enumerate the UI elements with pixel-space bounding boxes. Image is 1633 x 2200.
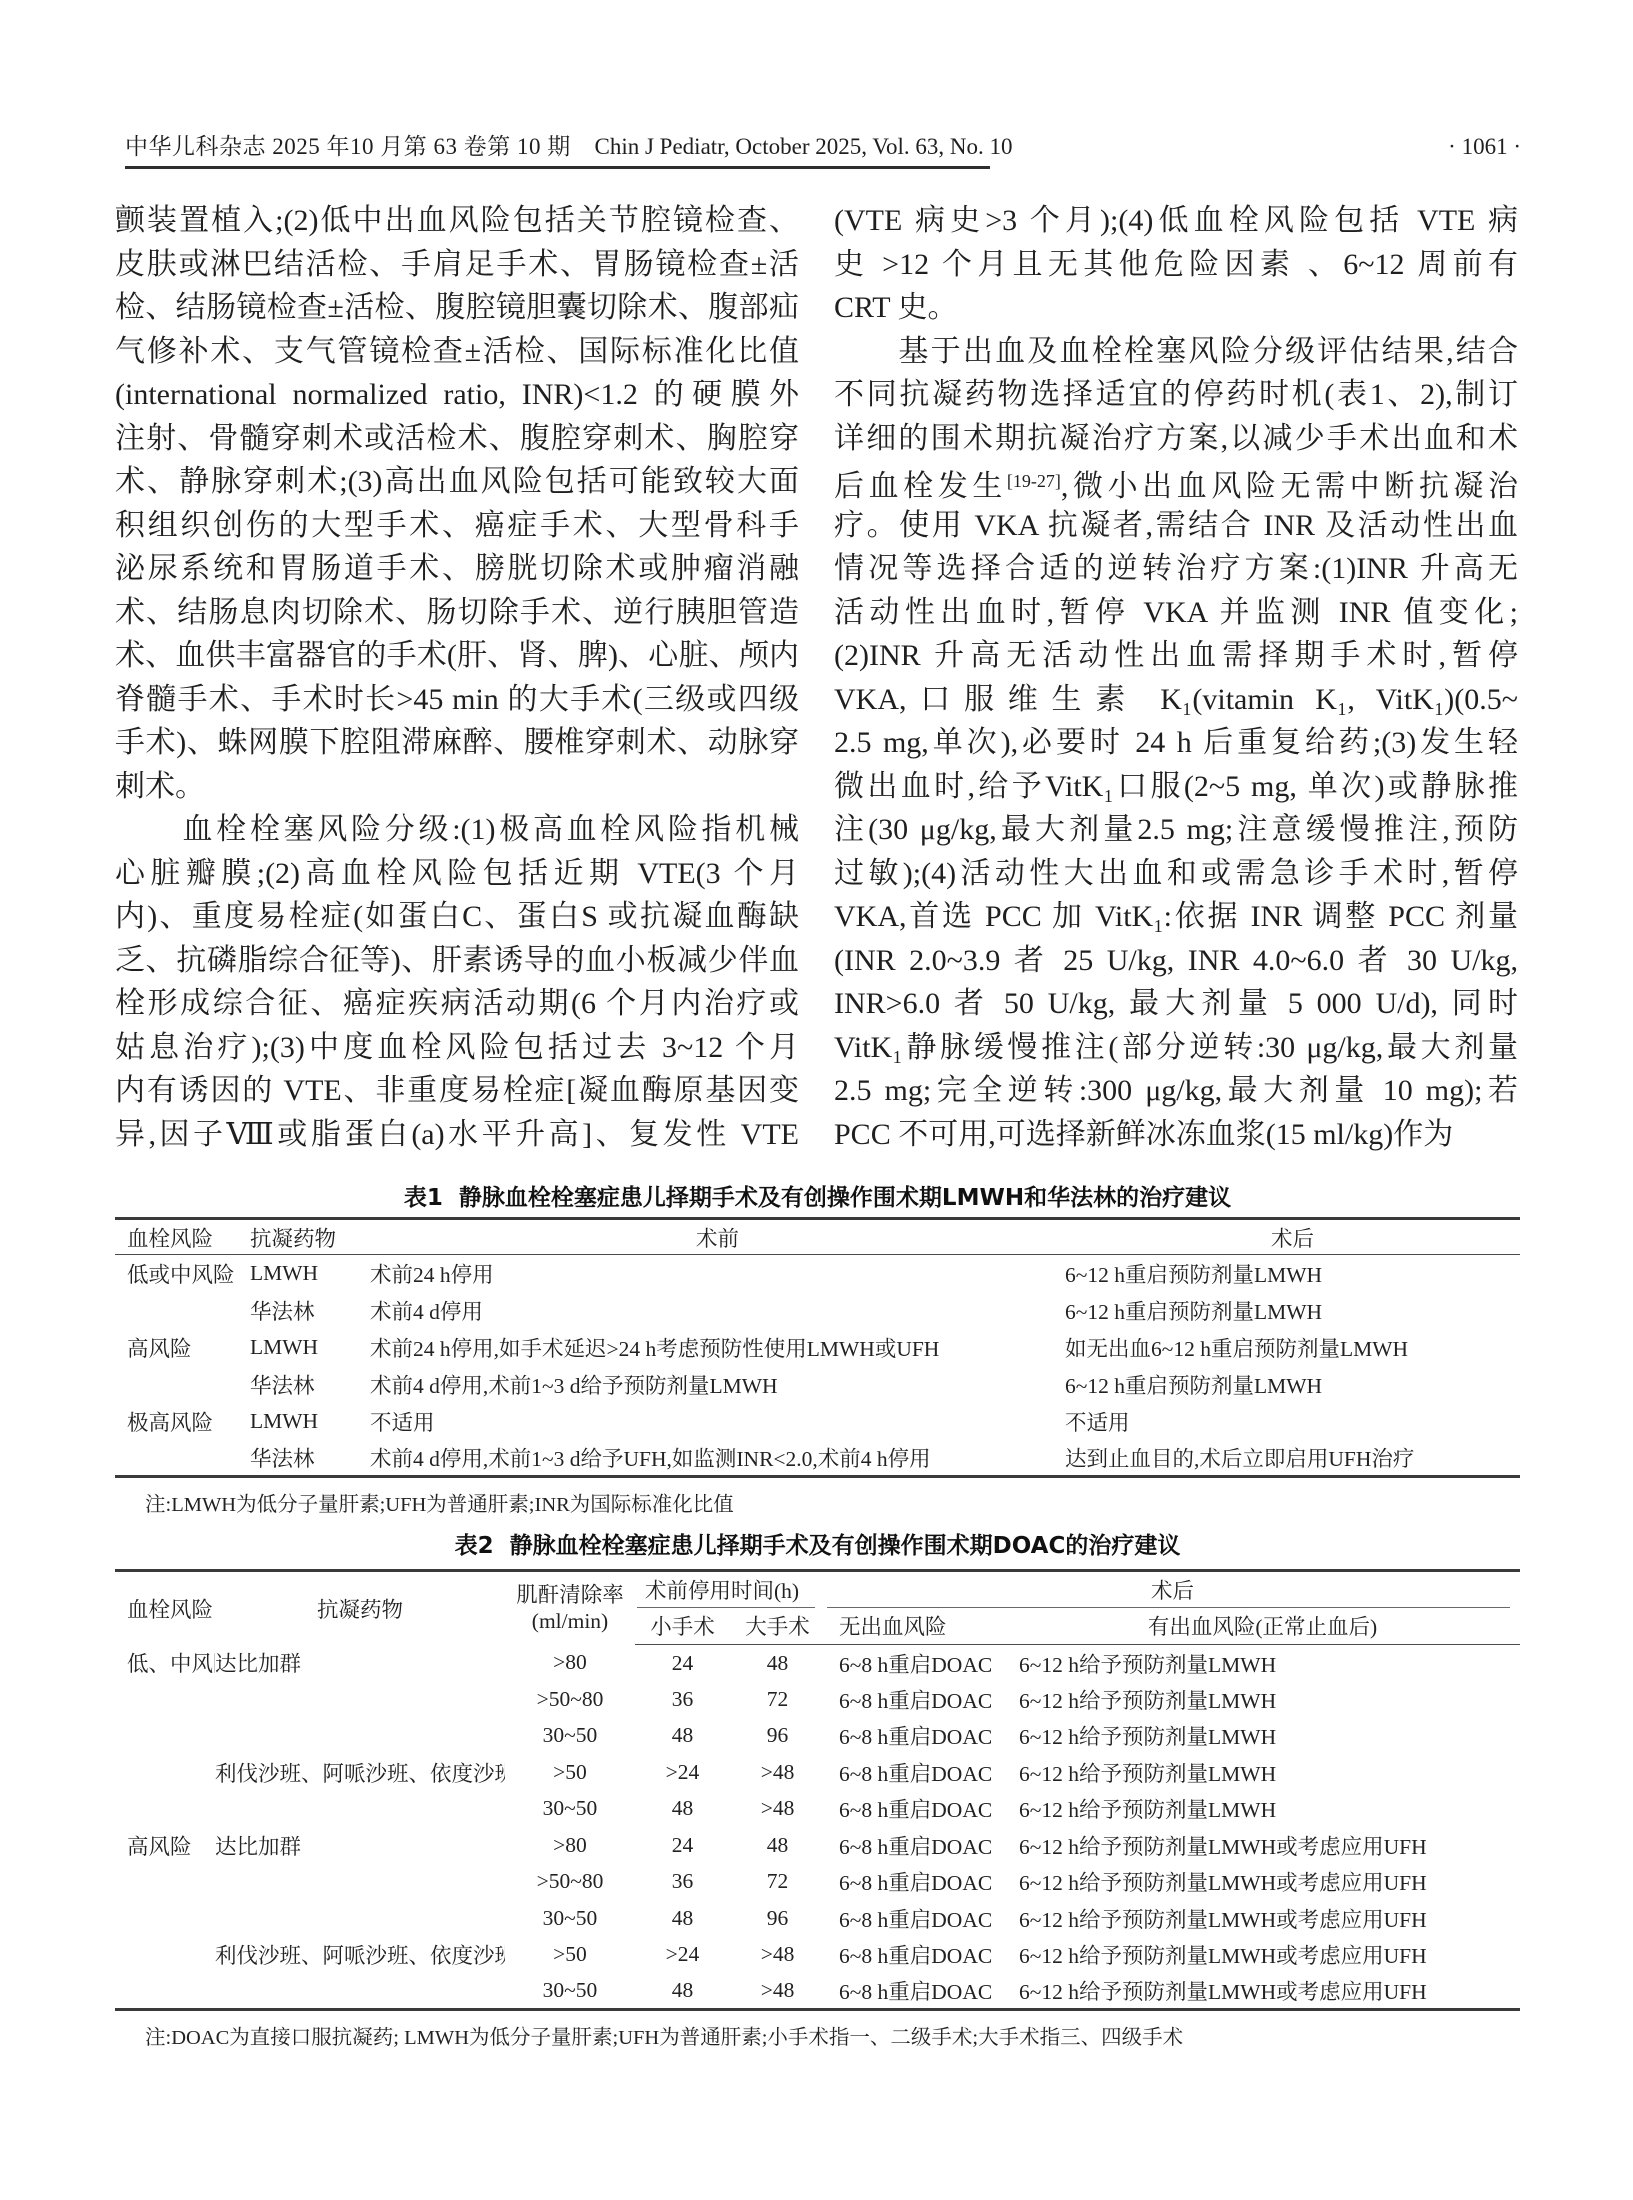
text-line: 手术)、蛛网膜下腔阻滞麻醉、腰椎穿刺术、动脉穿 (115, 721, 799, 765)
text-line: 后血栓发生[19-27],微小出血风险无需中断抗凝治 (834, 460, 1518, 504)
table-cell: 6~8 h重启DOAC (825, 1645, 1005, 1682)
text-line: 微出血时,给予VitK₁口服(2~5 mg, 单次)或静脉推 (834, 765, 1518, 809)
text-line: 2.5 mg;完全逆转:300 μg/kg,最大剂量 10 mg);若 (834, 1069, 1518, 1113)
table-cell: 极高风险 (115, 1403, 250, 1440)
table-cell: 低、中风险 (115, 1645, 215, 1682)
table-cell: >48 (730, 1937, 825, 1974)
text-line: 血栓栓塞风险分级:(1)极高血栓风险指机械 (115, 808, 799, 852)
header-rule (125, 166, 990, 169)
table2-col-drug: 抗凝药物 (215, 1571, 505, 1645)
body-column-right: (VTE 病史>3 个月);(4)低血栓风险包括 VTE 病史 >12 个月且无… (834, 199, 1518, 1156)
table2: 血栓风险 抗凝药物 肌酐清除率 (ml/min) 术前停用时间(h) 术后 小手… (115, 1569, 1520, 2011)
table-cell: 6~12 h给予预防剂量LMWH或考虑应用UFH (1005, 1900, 1520, 1937)
table-cell: 达到止血目的,术后立即启用UFH治疗 (1065, 1440, 1520, 1477)
table-cell: LMWH (250, 1329, 370, 1366)
table-row: 极高风险LMWH不适用不适用 (115, 1403, 1520, 1440)
table-cell: 6~12 h给予预防剂量LMWH (1005, 1681, 1520, 1718)
text-line: 内有诱因的 VTE、非重度易栓症[凝血酶原基因变 (115, 1069, 799, 1113)
table-cell: 高风险 (115, 1827, 215, 1864)
table-cell: 6~12 h给予预防剂量LMWH (1005, 1791, 1520, 1828)
table-cell (215, 1791, 505, 1828)
text-line: 颤装置植入;(2)低中出血风险包括关节腔镜检查、 (115, 199, 799, 243)
table-cell: 6~8 h重启DOAC (825, 1754, 1005, 1791)
table-cell: LMWH (250, 1403, 370, 1440)
table-cell: >24 (635, 1937, 730, 1974)
table-cell (115, 1973, 215, 2010)
table-cell: 6~12 h给予预防剂量LMWH或考虑应用UFH (1005, 1937, 1520, 1974)
table-cell: 6~8 h重启DOAC (825, 1718, 1005, 1755)
text-line: (VTE 病史>3 个月);(4)低血栓风险包括 VTE 病 (834, 199, 1518, 243)
text-line: 史 >12 个月且无其他危险因素 、6~12 周前有 (834, 243, 1518, 287)
table-row: 高风险达比加群>8024486~8 h重启DOAC6~12 h给予预防剂量LMW… (115, 1827, 1520, 1864)
table-cell: 6~12 h给予预防剂量LMWH或考虑应用UFH (1005, 1827, 1520, 1864)
table2-col-crcl: 肌酐清除率 (ml/min) (505, 1571, 635, 1645)
table-cell: 30~50 (505, 1900, 635, 1937)
table-cell: 利伐沙班、阿哌沙班、依度沙班 (215, 1754, 505, 1791)
text-line: 皮肤或淋巴结活检、手肩足手术、胃肠镜检查±活 (115, 243, 799, 287)
text-line: CRT 史。 (834, 286, 1518, 330)
table2-block: 表2静脉血栓栓塞症患儿择期手术及有创操作围术期DOAC的治疗建议 血栓风险 抗凝… (115, 1531, 1520, 2052)
table-cell: 6~12 h给予预防剂量LMWH或考虑应用UFH (1005, 1864, 1520, 1901)
table-cell: 术前4 d停用,术前1~3 d给予UFH,如监测INR<2.0,术前4 h停用 (370, 1440, 1065, 1477)
journal-page: 中华儿科杂志 2025 年10 月第 63 卷第 10 期 Chin J Ped… (0, 0, 1633, 2200)
table-row: 利伐沙班、阿哌沙班、依度沙班>50>24>486~8 h重启DOAC6~12 h… (115, 1754, 1520, 1791)
table-cell: 6~8 h重启DOAC (825, 1973, 1005, 2010)
table-cell: 华法林 (250, 1292, 370, 1329)
text-line: 积组织创伤的大型手术、癌症手术、大型骨科手术、 (115, 504, 799, 548)
table-cell: >50 (505, 1754, 635, 1791)
table2-note: 注:DOAC为直接口服抗凝药; LMWH为低分子量肝素;UFH为普通肝素;小手术… (115, 2024, 1520, 2052)
table-cell: 36 (635, 1681, 730, 1718)
table-cell: 96 (730, 1900, 825, 1937)
table-cell (115, 1754, 215, 1791)
table-cell: 华法林 (250, 1366, 370, 1403)
table-row: 30~5048>486~8 h重启DOAC6~12 h给予预防剂量LMWH或考虑… (115, 1973, 1520, 2010)
table-cell: >50 (505, 1937, 635, 1974)
table-cell: 6~12 h重启预防剂量LMWH (1065, 1255, 1520, 1292)
table1-col-risk: 血栓风险 (115, 1219, 250, 1255)
table-cell (115, 1440, 250, 1477)
text-line: 2.5 mg,单次),必要时 24 h 后重复给药;(3)发生轻 (834, 721, 1518, 765)
table-row: 利伐沙班、阿哌沙班、依度沙班>50>24>486~8 h重启DOAC6~12 h… (115, 1937, 1520, 1974)
table-cell (115, 1292, 250, 1329)
table-cell: 72 (730, 1681, 825, 1718)
table-cell (215, 1681, 505, 1718)
table-cell: 6~8 h重启DOAC (825, 1791, 1005, 1828)
table1-caption-text: 静脉血栓栓塞症患儿择期手术及有创操作围术期LMWH和华法林的治疗建议 (459, 1185, 1231, 1211)
table-row: 华法林术前4 d停用6~12 h重启预防剂量LMWH (115, 1292, 1520, 1329)
text-line: 泌尿系统和胃肠道手术、膀胱切除术或肿瘤消融 (115, 547, 799, 591)
table-cell: 48 (635, 1718, 730, 1755)
table-cell: 术前24 h停用 (370, 1255, 1065, 1292)
table-row: 低、中风险达比加群>8024486~8 h重启DOAC6~12 h给予预防剂量L… (115, 1645, 1520, 1682)
table-cell: >48 (730, 1754, 825, 1791)
journal-title-cn: 中华儿科杂志 2025 年10 月第 63 卷第 10 期 (125, 134, 571, 159)
table-cell: 术前24 h停用,如手术延迟>24 h考虑预防性使用LMWH或UFH (370, 1329, 1065, 1366)
journal-title-en: Chin J Pediatr, October 2025, Vol. 63, N… (595, 134, 1013, 159)
table2-col-major-surgery: 大手术 (730, 1608, 825, 1645)
table-cell: 高风险 (115, 1329, 250, 1366)
table-row: 华法林术前4 d停用,术前1~3 d给予预防剂量LMWH6~12 h重启预防剂量… (115, 1366, 1520, 1403)
table-cell: 36 (635, 1864, 730, 1901)
table-cell: 48 (730, 1645, 825, 1682)
table-cell (115, 1900, 215, 1937)
table-cell: 6~12 h给予预防剂量LMWH或考虑应用UFH (1005, 1973, 1520, 2010)
table-cell: 不适用 (370, 1403, 1065, 1440)
table-cell: 低或中风险 (115, 1255, 250, 1292)
table-cell: 24 (635, 1645, 730, 1682)
text-line: (international normalized ratio, INR)<1.… (115, 373, 799, 417)
text-line: 姑息治疗);(3)中度血栓风险包括过去 3~12 个月 (115, 1026, 799, 1070)
table-row: 低或中风险LMWH术前24 h停用6~12 h重启预防剂量LMWH (115, 1255, 1520, 1292)
table2-caption-text: 静脉血栓栓塞症患儿择期手术及有创操作围术期DOAC的治疗建议 (510, 1533, 1181, 1559)
table-cell: >48 (730, 1791, 825, 1828)
table1-col-preop: 术前 (370, 1219, 1065, 1255)
table-cell: 6~8 h重启DOAC (825, 1900, 1005, 1937)
table-cell: 6~8 h重启DOAC (825, 1864, 1005, 1901)
table-cell: 达比加群 (215, 1827, 505, 1864)
table-cell: 6~12 h重启预防剂量LMWH (1065, 1292, 1520, 1329)
table-cell: 48 (635, 1900, 730, 1937)
table-row: >50~8036726~8 h重启DOAC6~12 h给予预防剂量LMWH或考虑… (115, 1864, 1520, 1901)
text-line: 栓形成综合征、癌症疾病活动期(6 个月内治疗或 (115, 982, 799, 1026)
table-cell (215, 1973, 505, 2010)
text-line: INR>6.0 者 50 U/kg, 最大剂量 5 000 U/d), 同时 (834, 982, 1518, 1026)
text-line: 注(30 μg/kg,最大剂量2.5 mg;注意缓慢推注,预防 (834, 808, 1518, 852)
text-line: 刺术。 (115, 765, 799, 809)
table-cell (215, 1900, 505, 1937)
table-cell: >50~80 (505, 1681, 635, 1718)
text-line: 注射、骨髓穿刺术或活检术、腹腔穿刺术、胸腔穿刺 (115, 417, 799, 461)
table-cell: 如无出血6~12 h重启预防剂量LMWH (1065, 1329, 1520, 1366)
table-cell: 6~8 h重启DOAC (825, 1827, 1005, 1864)
text-line: 不同抗凝药物选择适宜的停药时机(表1、2),制订 (834, 373, 1518, 417)
table-cell: 6~12 h给予预防剂量LMWH (1005, 1754, 1520, 1791)
table-cell: 6~8 h重启DOAC (825, 1681, 1005, 1718)
table-cell: 48 (730, 1827, 825, 1864)
table2-group-postop: 术后 (825, 1571, 1520, 1608)
table1-block: 表1静脉血栓栓塞症患儿择期手术及有创操作围术期LMWH和华法林的治疗建议 血栓风… (115, 1183, 1520, 1519)
page-number: · 1061 · (1448, 130, 1521, 164)
table-row: 华法林术前4 d停用,术前1~3 d给予UFH,如监测INR<2.0,术前4 h… (115, 1440, 1520, 1477)
table-cell: >50~80 (505, 1864, 635, 1901)
text-line: 气修补术、支气管镜检查±活检、国际标准化比值 (115, 330, 799, 374)
table1-caption-label: 表1 (404, 1185, 443, 1211)
table-cell (115, 1864, 215, 1901)
table2-caption-label: 表2 (455, 1533, 494, 1559)
table2-caption: 表2静脉血栓栓塞症患儿择期手术及有创操作围术期DOAC的治疗建议 (115, 1531, 1520, 1561)
text-line: VitK₁静脉缓慢推注(部分逆转:30 μg/kg,最大剂量 (834, 1026, 1518, 1070)
text-line: 疗。使用 VKA 抗凝者,需结合 INR 及活动性出血 (834, 504, 1518, 548)
table-cell: LMWH (250, 1255, 370, 1292)
table-cell: >80 (505, 1827, 635, 1864)
text-line: 术、结肠息肉切除术、肠切除手术、逆行胰胆管造影 (115, 591, 799, 635)
text-line: 过敏);(4)活动性大出血和或需急诊手术时,暂停 (834, 852, 1518, 896)
table-cell: >48 (730, 1973, 825, 2010)
table-cell: 6~12 h给予预防剂量LMWH (1005, 1718, 1520, 1755)
text-line: 情况等选择合适的逆转治疗方案:(1)INR 升高无 (834, 547, 1518, 591)
body-column-left: 颤装置植入;(2)低中出血风险包括关节腔镜检查、皮肤或淋巴结活检、手肩足手术、胃… (115, 199, 799, 1156)
table-row: 30~5048>486~8 h重启DOAC6~12 h给予预防剂量LMWH (115, 1791, 1520, 1828)
table2-header-row-1: 血栓风险 抗凝药物 肌酐清除率 (ml/min) 术前停用时间(h) 术后 (115, 1571, 1520, 1608)
table2-col-minor-surgery: 小手术 (635, 1608, 730, 1645)
text-line: 脊髓手术、手术时长>45 min 的大手术(三级或四级 (115, 678, 799, 722)
table1-col-drug: 抗凝药物 (250, 1219, 370, 1255)
table-cell: 华法林 (250, 1440, 370, 1477)
text-line: (INR 2.0~3.9 者 25 U/kg, INR 4.0~6.0 者 30… (834, 939, 1518, 983)
text-line: VKA,首选 PCC 加 VitK₁:依据 INR 调整 PCC 剂量 (834, 895, 1518, 939)
table-cell: >24 (635, 1754, 730, 1791)
table-row: 30~5048966~8 h重启DOAC6~12 h给予预防剂量LMWH (115, 1718, 1520, 1755)
table-row: 30~5048966~8 h重启DOAC6~12 h给予预防剂量LMWH或考虑应… (115, 1900, 1520, 1937)
text-line: 异,因子Ⅷ或脂蛋白(a)水平升高]、复发性 VTE (115, 1113, 799, 1157)
text-line: 乏、抗磷脂综合征等)、肝素诱导的血小板减少伴血 (115, 939, 799, 983)
table-cell: 72 (730, 1864, 825, 1901)
table-cell: >80 (505, 1645, 635, 1682)
text-line: 活动性出血时,暂停 VKA 并监测 INR 值变化; (834, 591, 1518, 635)
table-row: >50~8036726~8 h重启DOAC6~12 h给予预防剂量LMWH (115, 1681, 1520, 1718)
text-line: VKA,口服维生素 K₁(vitamin K₁, VitK₁)(0.5~ (834, 678, 1518, 722)
table-cell (115, 1718, 215, 1755)
table2-group-preop: 术前停用时间(h) (635, 1571, 825, 1608)
table-cell: 达比加群 (215, 1645, 505, 1682)
table-cell (115, 1366, 250, 1403)
table-cell: 术前4 d停用 (370, 1292, 1065, 1329)
table1: 血栓风险 抗凝药物 术前 术后 低或中风险LMWH术前24 h停用6~12 h重… (115, 1217, 1520, 1478)
table-cell (115, 1791, 215, 1828)
table2-col-crcl-line2: (ml/min) (505, 1608, 635, 1634)
table-row: 高风险LMWH术前24 h停用,如手术延迟>24 h考虑预防性使用LMWH或UF… (115, 1329, 1520, 1366)
table-cell: 利伐沙班、阿哌沙班、依度沙班 (215, 1937, 505, 1974)
text-line: 检、结肠镜检查±活检、腹腔镜胆囊切除术、腹部疝 (115, 286, 799, 330)
table2-col-no-bleed: 无出血风险 (825, 1608, 1005, 1645)
table2-col-crcl-line1: 肌酐清除率 (505, 1582, 635, 1608)
table2-col-bleed: 有出血风险(正常止血后) (1005, 1608, 1520, 1645)
table-cell (215, 1718, 505, 1755)
text-line: 心脏瓣膜;(2)高血栓风险包括近期 VTE(3 个月 (115, 852, 799, 896)
table-cell: 6~8 h重启DOAC (825, 1937, 1005, 1974)
text-line: PCC 不可用,可选择新鲜冰冻血浆(15 ml/kg)作为 (834, 1113, 1518, 1157)
table2-col-risk: 血栓风险 (115, 1571, 215, 1645)
table-cell: 96 (730, 1718, 825, 1755)
table-cell: 6~12 h给予预防剂量LMWH (1005, 1645, 1520, 1682)
table-cell (215, 1864, 505, 1901)
table-cell: 术前4 d停用,术前1~3 d给予预防剂量LMWH (370, 1366, 1065, 1403)
table1-col-postop: 术后 (1065, 1219, 1520, 1255)
text-line: 详细的围术期抗凝治疗方案,以减少手术出血和术 (834, 417, 1518, 461)
text-line: 术、血供丰富器官的手术(肝、肾、脾)、心脏、颅内和 (115, 634, 799, 678)
table-cell: 不适用 (1065, 1403, 1520, 1440)
running-head: 中华儿科杂志 2025 年10 月第 63 卷第 10 期 Chin J Ped… (125, 130, 1520, 164)
text-line: 基于出血及血栓栓塞风险分级评估结果,结合 (834, 330, 1518, 374)
table-cell: 48 (635, 1791, 730, 1828)
text-line: 术、静脉穿刺术;(3)高出血风险包括可能致较大面 (115, 460, 799, 504)
text-line: (2)INR 升高无活动性出血需择期手术时,暂停 (834, 634, 1518, 678)
text-line: 内)、重度易栓症(如蛋白C、蛋白S 或抗凝血酶缺 (115, 895, 799, 939)
table1-note: 注:LMWH为低分子量肝素;UFH为普通肝素;INR为国际标准化比值 (115, 1491, 1520, 1519)
table-cell: 30~50 (505, 1791, 635, 1828)
table-cell: 6~12 h重启预防剂量LMWH (1065, 1366, 1520, 1403)
table-cell (115, 1937, 215, 1974)
table1-header-row: 血栓风险 抗凝药物 术前 术后 (115, 1219, 1520, 1255)
table-cell (115, 1681, 215, 1718)
table-cell: 24 (635, 1827, 730, 1864)
table-cell: 48 (635, 1973, 730, 2010)
table-cell: 30~50 (505, 1973, 635, 2010)
table1-caption: 表1静脉血栓栓塞症患儿择期手术及有创操作围术期LMWH和华法林的治疗建议 (115, 1183, 1520, 1213)
table-cell: 30~50 (505, 1718, 635, 1755)
